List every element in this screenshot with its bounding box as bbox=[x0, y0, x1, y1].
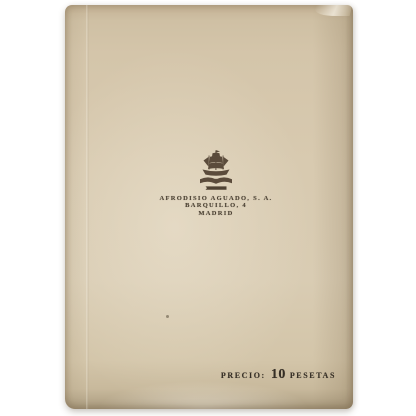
price-label: PRECIO: bbox=[221, 371, 266, 380]
book-back-cover: AFRODISIO AGUADO, S. A. BARQUILLO, 4 MAD… bbox=[65, 5, 353, 409]
publisher-name: AFRODISIO AGUADO, S. A. bbox=[160, 195, 273, 202]
price-line: PRECIO: 10 PESETAS bbox=[221, 367, 336, 383]
paper-speck bbox=[166, 315, 169, 318]
publisher-city: MADRID bbox=[198, 210, 233, 217]
publisher-imprint: AFRODISIO AGUADO, S. A. BARQUILLO, 4 MAD… bbox=[72, 150, 360, 217]
price-currency: PESETAS bbox=[290, 371, 336, 380]
ship-over-open-book-printer-mark-icon bbox=[199, 150, 233, 192]
top-right-tear bbox=[314, 5, 353, 16]
publisher-address: BARQUILLO, 4 bbox=[185, 202, 247, 209]
photo-background: AFRODISIO AGUADO, S. A. BARQUILLO, 4 MAD… bbox=[0, 0, 416, 416]
price-amount: 10 bbox=[271, 367, 286, 383]
